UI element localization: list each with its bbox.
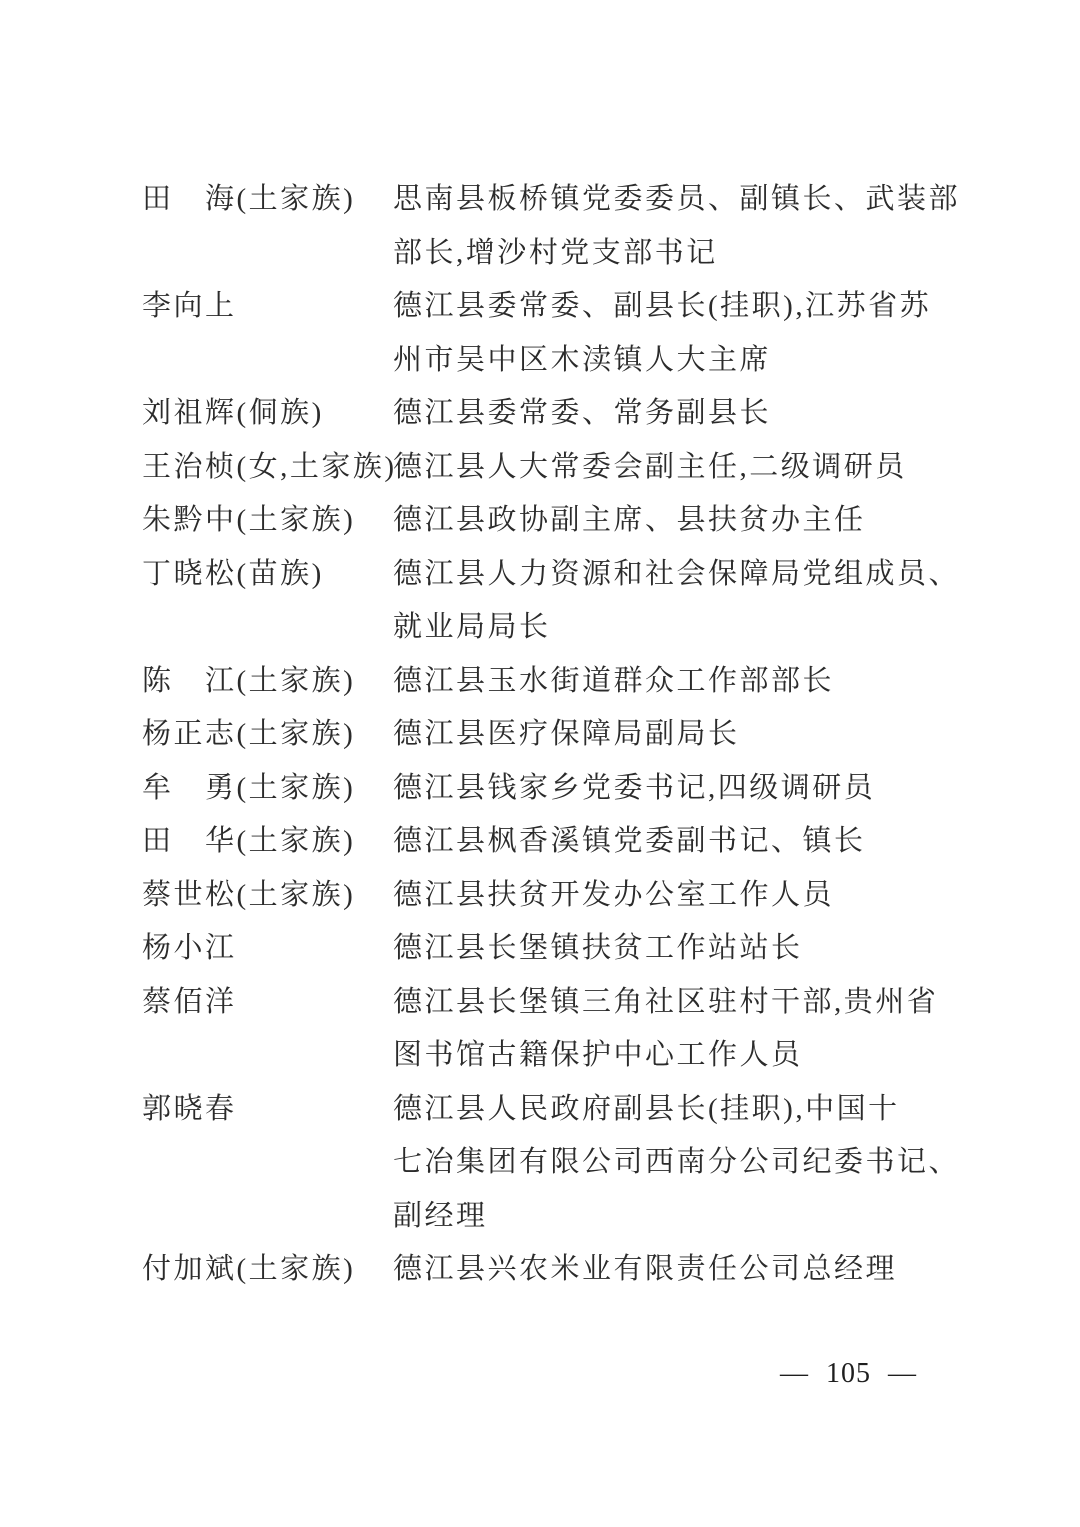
person-position: 德江县人力资源和社会保障局党组成员、就业局局长 [393,548,960,655]
person-position: 德江县人大常委会副主任,二级调研员 [393,441,952,495]
position-line: 图书馆古籍保护中心工作人员 [393,1029,952,1083]
list-item: 蔡世松(土家族)德江县扶贫开发办公室工作人员 [142,869,952,923]
position-line: 德江县枫香溪镇党委副书记、镇长 [393,815,952,869]
position-line: 德江县人民政府副县长(挂职),中国十 [393,1083,960,1137]
person-position: 德江县钱家乡党委书记,四级调研员 [393,762,952,816]
person-position: 德江县政协副主席、县扶贫办主任 [393,494,952,548]
roster-list: 田 海(土家族)思南县板桥镇党委委员、副镇长、武装部部长,增沙村党支部书记李向上… [142,173,952,1297]
position-line: 德江县委常委、常务副县长 [393,387,952,441]
person-name: 蔡世松(土家族) [142,869,393,923]
position-line: 德江县委常委、副县长(挂职),江苏省苏 [393,280,952,334]
document-page: 田 海(土家族)思南县板桥镇党委委员、副镇长、武装部部长,增沙村党支部书记李向上… [0,0,1080,1527]
person-name: 王治桢(女,土家族) [142,441,393,495]
list-item: 朱黔中(土家族)德江县政协副主席、县扶贫办主任 [142,494,952,548]
position-line: 德江县长堡镇扶贫工作站站长 [393,922,952,976]
list-item: 丁晓松(苗族)德江县人力资源和社会保障局党组成员、就业局局长 [142,548,952,655]
person-name: 刘祖辉(侗族) [142,387,393,441]
person-name: 郭晓春 [142,1083,393,1137]
person-name: 朱黔中(土家族) [142,494,393,548]
list-item: 陈 江(土家族)德江县玉水街道群众工作部部长 [142,655,952,709]
page-number: — 105 — [0,1347,917,1400]
person-position: 德江县枫香溪镇党委副书记、镇长 [393,815,952,869]
person-position: 德江县扶贫开发办公室工作人员 [393,869,952,923]
person-name: 付加斌(土家族) [142,1243,393,1297]
person-name: 杨正志(土家族) [142,708,393,762]
list-item: 蔡佰洋德江县长堡镇三角社区驻村干部,贵州省图书馆古籍保护中心工作人员 [142,976,952,1083]
position-line: 部长,增沙村党支部书记 [393,227,960,281]
position-line: 德江县人力资源和社会保障局党组成员、 [393,548,960,602]
position-line: 州市吴中区木渎镇人大主席 [393,334,952,388]
position-line: 就业局局长 [393,601,960,655]
list-item: 杨小江德江县长堡镇扶贫工作站站长 [142,922,952,976]
position-line: 七冶集团有限公司西南分公司纪委书记、 [393,1136,960,1190]
position-line: 德江县玉水街道群众工作部部长 [393,655,952,709]
position-line: 思南县板桥镇党委委员、副镇长、武装部 [393,173,960,227]
person-position: 德江县医疗保障局副局长 [393,708,952,762]
person-position: 德江县长堡镇三角社区驻村干部,贵州省图书馆古籍保护中心工作人员 [393,976,952,1083]
person-position: 德江县长堡镇扶贫工作站站长 [393,922,952,976]
person-name: 牟 勇(土家族) [142,762,393,816]
person-position: 德江县委常委、常务副县长 [393,387,952,441]
position-line: 德江县政协副主席、县扶贫办主任 [393,494,952,548]
list-item: 田 华(土家族)德江县枫香溪镇党委副书记、镇长 [142,815,952,869]
list-item: 牟 勇(土家族)德江县钱家乡党委书记,四级调研员 [142,762,952,816]
list-item: 田 海(土家族)思南县板桥镇党委委员、副镇长、武装部部长,增沙村党支部书记 [142,173,952,280]
person-name: 田 华(土家族) [142,815,393,869]
person-name: 杨小江 [142,922,393,976]
person-name: 田 海(土家族) [142,173,393,227]
position-line: 德江县兴农米业有限责任公司总经理 [393,1243,952,1297]
person-position: 德江县兴农米业有限责任公司总经理 [393,1243,952,1297]
person-position: 思南县板桥镇党委委员、副镇长、武装部部长,增沙村党支部书记 [393,173,960,280]
person-name: 李向上 [142,280,393,334]
person-name: 丁晓松(苗族) [142,548,393,602]
list-item: 郭晓春德江县人民政府副县长(挂职),中国十七冶集团有限公司西南分公司纪委书记、副… [142,1083,952,1244]
list-item: 杨正志(土家族)德江县医疗保障局副局长 [142,708,952,762]
list-item: 李向上德江县委常委、副县长(挂职),江苏省苏州市吴中区木渎镇人大主席 [142,280,952,387]
person-position: 德江县人民政府副县长(挂职),中国十七冶集团有限公司西南分公司纪委书记、副经理 [393,1083,960,1244]
list-item: 王治桢(女,土家族)德江县人大常委会副主任,二级调研员 [142,441,952,495]
position-line: 德江县医疗保障局副局长 [393,708,952,762]
position-line: 德江县人大常委会副主任,二级调研员 [393,441,952,495]
person-name: 陈 江(土家族) [142,655,393,709]
position-line: 副经理 [393,1190,960,1244]
list-item: 付加斌(土家族)德江县兴农米业有限责任公司总经理 [142,1243,952,1297]
person-position: 德江县委常委、副县长(挂职),江苏省苏州市吴中区木渎镇人大主席 [393,280,952,387]
position-line: 德江县扶贫开发办公室工作人员 [393,869,952,923]
person-position: 德江县玉水街道群众工作部部长 [393,655,952,709]
person-name: 蔡佰洋 [142,976,393,1030]
position-line: 德江县钱家乡党委书记,四级调研员 [393,762,952,816]
position-line: 德江县长堡镇三角社区驻村干部,贵州省 [393,976,952,1030]
list-item: 刘祖辉(侗族)德江县委常委、常务副县长 [142,387,952,441]
